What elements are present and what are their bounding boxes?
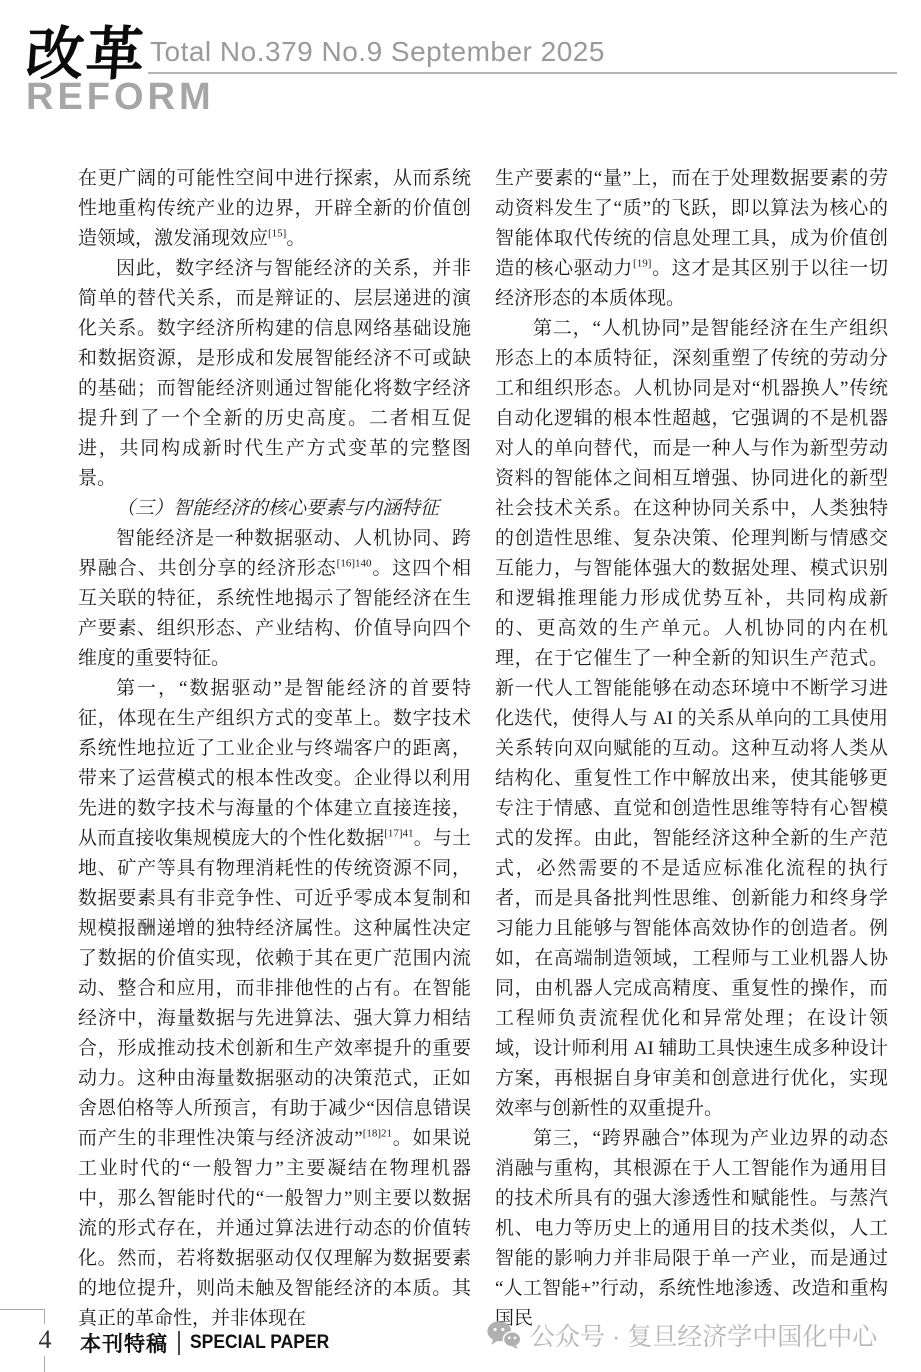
paragraph: 在更广阔的可能性空间中进行探索，从而系统性地重构传统产业的边界，开辟全新的价值创… bbox=[78, 164, 471, 254]
page-number-bracket-horizontal bbox=[0, 1309, 44, 1310]
journal-logo-english: REFORM bbox=[26, 76, 215, 119]
page-number: 4 bbox=[33, 1324, 57, 1356]
paragraph: 智能经济是一种数据驱动、人机协同、跨界融合、共创分享的经济形态[16]140。这… bbox=[78, 524, 471, 674]
watermark-text: 公众号 · 复旦经济学中国化中心 bbox=[530, 1317, 877, 1353]
right-column: 生产要素的“量”上，而在于处理数据要素的劳动资料发生了“质”的飞跃，即以算法为核… bbox=[495, 164, 888, 1334]
section-title-chinese: 本刊特稿 bbox=[80, 1328, 168, 1358]
paragraph: 第二，“人机协同”是智能经济在生产组织形态上的本质特征，深刻重塑了传统的劳动分工… bbox=[495, 314, 888, 1124]
issue-info: Total No.379 No.9 September 2025 bbox=[150, 36, 605, 68]
header-divider-line bbox=[148, 72, 897, 74]
wechat-watermark: 公众号 · 复旦经济学中国化中心 bbox=[487, 1316, 877, 1354]
article-body: 在更广阔的可能性空间中进行探索，从而系统性地重构传统产业的边界，开辟全新的价值创… bbox=[78, 164, 888, 1334]
section-title-divider bbox=[178, 1331, 180, 1355]
section-title: 本刊特稿 SPECIAL PAPER bbox=[80, 1330, 341, 1356]
paragraph: 因此，数字经济与智能经济的关系，并非简单的替代关系，而是辩证的、层层递进的演化关… bbox=[78, 254, 471, 494]
paragraph: 第三，“跨界融合”体现为产业边界的动态消融与重构，其根源在于人工智能作为通用目的… bbox=[495, 1124, 888, 1334]
journal-page: 改革 Total No.379 No.9 September 2025 REFO… bbox=[0, 0, 921, 1372]
paragraph: 生产要素的“量”上，而在于处理数据要素的劳动资料发生了“质”的飞跃，即以算法为核… bbox=[495, 164, 888, 314]
paragraph: 第一，“数据驱动”是智能经济的首要特征，体现在生产组织方式的变革上。数字技术系统… bbox=[78, 674, 471, 1334]
wechat-icon bbox=[487, 1320, 521, 1350]
paragraph: （三）智能经济的核心要素与内涵特征 bbox=[78, 494, 471, 524]
section-title-english: SPECIAL PAPER bbox=[190, 1332, 329, 1354]
left-column: 在更广阔的可能性空间中进行探索，从而系统性地重构传统产业的边界，开辟全新的价值创… bbox=[78, 164, 471, 1334]
